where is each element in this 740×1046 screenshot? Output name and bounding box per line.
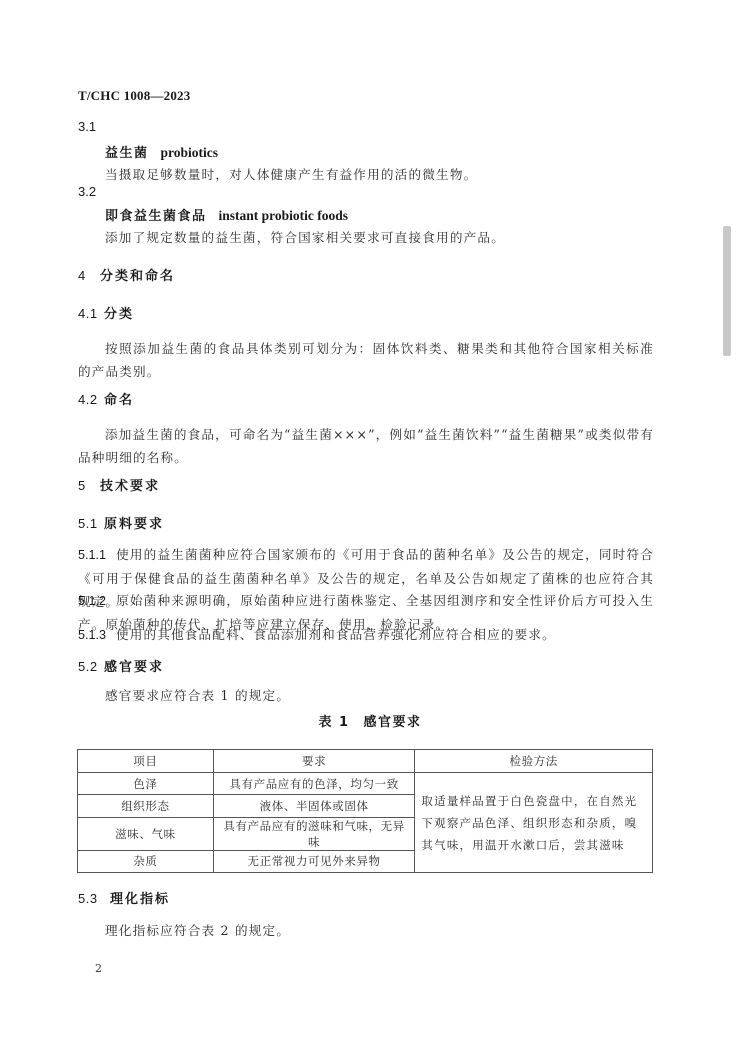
header-item: 项目 bbox=[78, 750, 214, 773]
paragraph-4-2: 添加益生菌的食品，可命名为“益生菌×××”，例如“益生菌饮料”“益生菌糖果”或类… bbox=[78, 423, 654, 469]
heading-number: 5 bbox=[78, 478, 100, 493]
heading-number: 4.2 bbox=[78, 392, 104, 407]
heading-title: 理化指标 bbox=[110, 892, 170, 907]
heading-title: 分类和命名 bbox=[100, 269, 175, 284]
heading-number: 4 bbox=[78, 268, 100, 283]
scrollbar-thumb[interactable] bbox=[723, 226, 731, 356]
clause-number: 5.1.3 bbox=[78, 628, 106, 642]
section-number-3-1: 3.1 bbox=[78, 119, 96, 134]
caption-number: 表 1 bbox=[318, 715, 349, 730]
heading-5-3: 5.3理化指标 bbox=[78, 888, 170, 907]
cell-item: 滋味、气味 bbox=[78, 817, 214, 850]
heading-4-2: 4.2命名 bbox=[78, 389, 134, 408]
standard-id: T/CHC 1008—2023 bbox=[78, 88, 190, 104]
document-page: T/CHC 1008—2023 3.1 益生菌probiotics 当摄取足够数… bbox=[0, 0, 740, 1046]
heading-4-1: 4.1分类 bbox=[78, 303, 134, 322]
header-requirement: 要求 bbox=[213, 750, 415, 773]
heading-5-1: 5.1原料要求 bbox=[78, 513, 164, 532]
paragraph-5-1-3: 5.1.3使用的其他食品配料、食品添加剂和食品营养强化剂应符合相应的要求。 bbox=[78, 623, 654, 647]
section-number-3-2: 3.2 bbox=[78, 184, 96, 199]
cell-test-method: 取适量样品置于白色瓷盘中，在自然光下观察产品色泽、组织形态和杂质，嗅其气味，用温… bbox=[415, 773, 653, 873]
definition-3-2: 添加了规定数量的益生菌，符合国家相关要求可直接食用的产品。 bbox=[105, 227, 505, 246]
term-instant-probiotic-foods: 即食益生菌食品instant probiotic foods bbox=[105, 205, 348, 224]
heading-5: 5技术要求 bbox=[78, 475, 160, 494]
term-en: probiotics bbox=[161, 145, 219, 160]
cell-requirement: 液体、半固体或固体 bbox=[213, 795, 415, 817]
cell-requirement: 具有产品应有的滋味和气味，无异味 bbox=[213, 817, 415, 850]
cell-requirement: 具有产品应有的色泽，均匀一致 bbox=[213, 773, 415, 795]
heading-title: 分类 bbox=[104, 307, 134, 322]
term-probiotics: 益生菌probiotics bbox=[105, 142, 218, 161]
heading-number: 5.2 bbox=[78, 659, 104, 674]
clause-text: 使用的其他食品配料、食品添加剂和食品营养强化剂应符合相应的要求。 bbox=[116, 627, 556, 642]
table-header-row: 项目 要求 检验方法 bbox=[78, 750, 653, 773]
paragraph-5-2: 感官要求应符合表 1 的规定。 bbox=[105, 685, 290, 704]
heading-title: 命名 bbox=[104, 393, 134, 408]
heading-4: 4分类和命名 bbox=[78, 265, 175, 284]
clause-number: 5.1.2 bbox=[78, 594, 106, 608]
heading-title: 感官要求 bbox=[104, 660, 164, 675]
sensory-requirements-table: 项目 要求 检验方法 色泽 具有产品应有的色泽，均匀一致 取适量样品置于白色瓷盘… bbox=[77, 749, 653, 873]
heading-title: 技术要求 bbox=[100, 479, 160, 494]
term-en: instant probiotic foods bbox=[219, 208, 349, 223]
scrollbar-track[interactable] bbox=[720, 0, 734, 1046]
cell-item: 组织形态 bbox=[78, 795, 214, 817]
cell-item: 杂质 bbox=[78, 850, 214, 872]
definition-3-1: 当摄取足够数量时，对人体健康产生有益作用的活的微生物。 bbox=[105, 164, 477, 183]
page-number: 2 bbox=[95, 962, 102, 975]
heading-number: 5.3 bbox=[78, 891, 110, 906]
heading-number: 4.1 bbox=[78, 306, 104, 321]
paragraph-4-1: 按照添加益生菌的食品具体类别可划分为：固体饮料类、糖果类和其他符合国家相关标准的… bbox=[78, 337, 654, 383]
header-test-method: 检验方法 bbox=[415, 750, 653, 773]
heading-5-2: 5.2感官要求 bbox=[78, 656, 164, 675]
caption-title: 感官要求 bbox=[364, 715, 422, 730]
heading-title: 原料要求 bbox=[104, 517, 164, 532]
paragraph-5-3: 理化指标应符合表 2 的规定。 bbox=[105, 920, 290, 939]
term-cn: 益生菌 bbox=[105, 146, 149, 161]
table-row: 色泽 具有产品应有的色泽，均匀一致 取适量样品置于白色瓷盘中，在自然光下观察产品… bbox=[78, 773, 653, 795]
cell-requirement: 无正常视力可见外来异物 bbox=[213, 850, 415, 872]
term-cn: 即食益生菌食品 bbox=[105, 209, 207, 224]
clause-number: 5.1.1 bbox=[78, 548, 106, 562]
heading-number: 5.1 bbox=[78, 516, 104, 531]
cell-item: 色泽 bbox=[78, 773, 214, 795]
table-1-caption: 表 1感官要求 bbox=[0, 711, 740, 730]
